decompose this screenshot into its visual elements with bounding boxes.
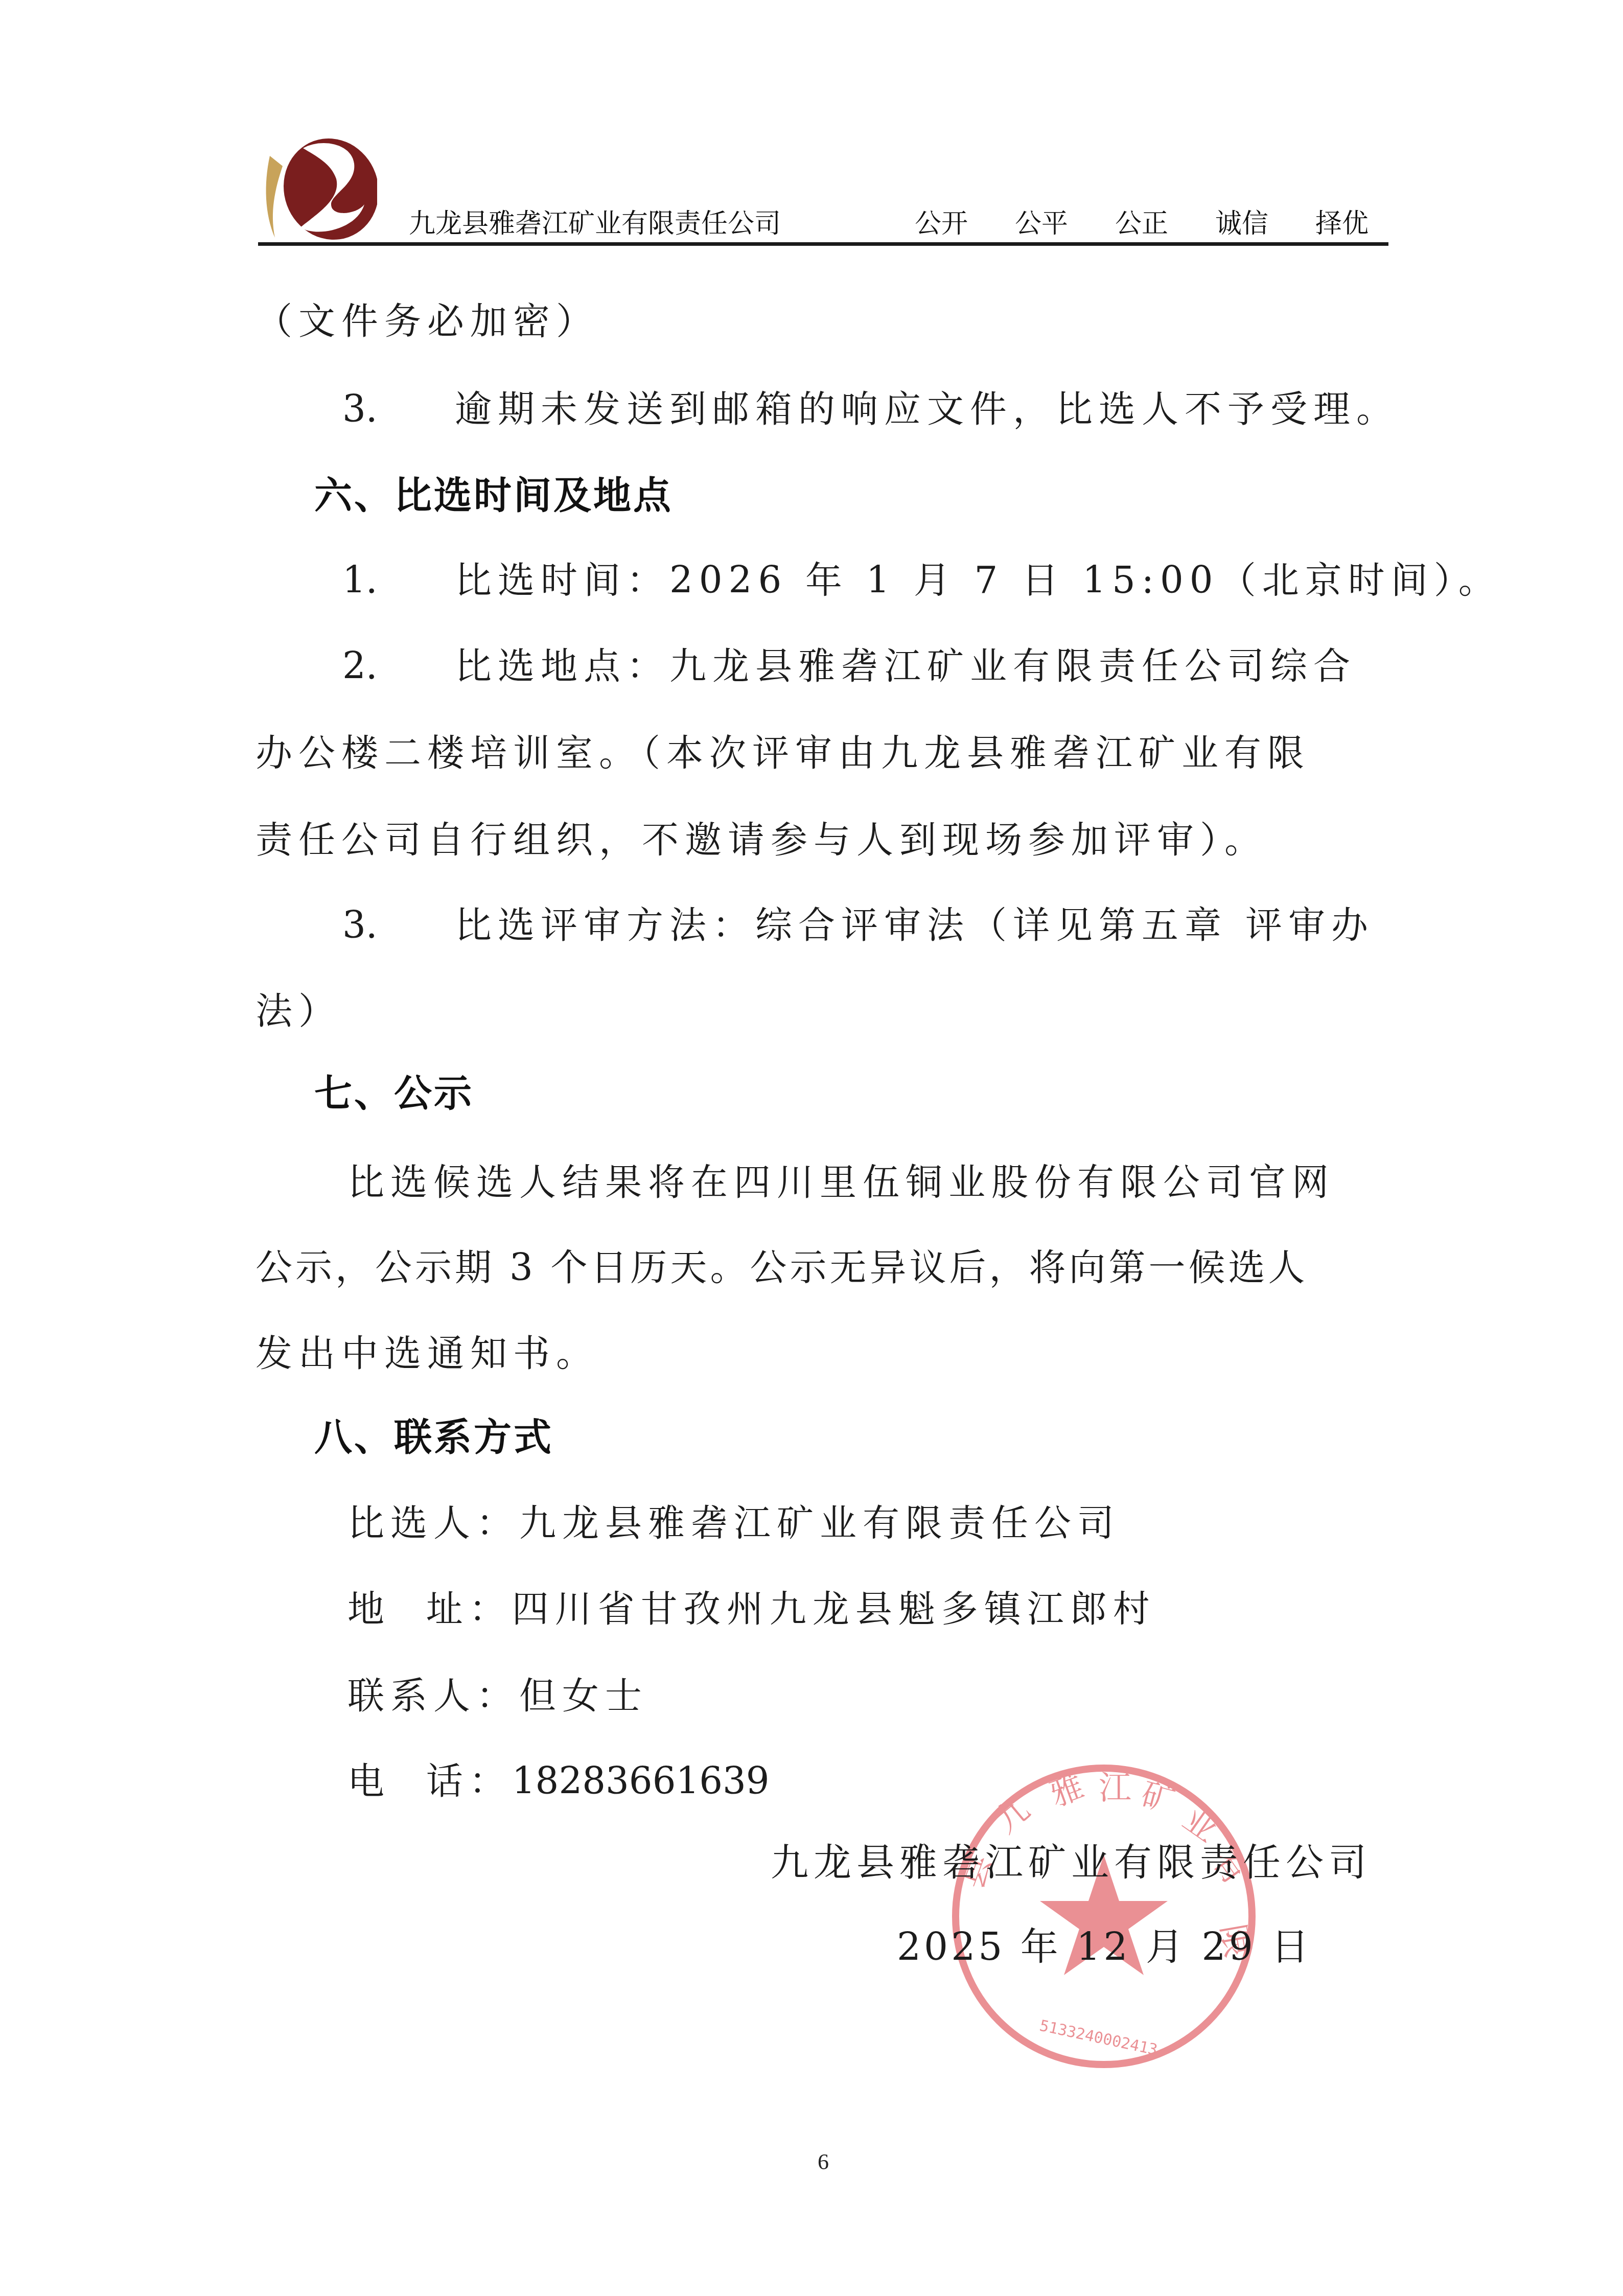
page-number: 6 <box>818 2149 829 2175</box>
letterhead-slogans: 公开 公平 公正 诚信 择优 <box>915 208 1416 239</box>
encrypt-note: （文件务必加密） <box>256 300 599 341</box>
section-title-7: 七、公示 <box>314 1073 474 1114</box>
item-text: 比选评审方法：综合评审法（详见第五章 评审办 <box>455 903 1374 946</box>
svg-text:矿: 矿 <box>1138 1775 1179 1820</box>
slogan: 公开 <box>915 208 1015 239</box>
item-text-continued: 办公楼二楼培训室。（本次评审由九龙县雅砻江矿业有限 <box>256 732 1310 773</box>
list-item: 3.逾期未发送到邮箱的响应文件，比选人不予受理。 <box>342 388 1399 429</box>
paragraph-line: 公示，公示期 3 个日历天。公示无异议后，将向第一候选人 <box>256 1247 1308 1288</box>
contact-row: 地 址：四川省甘孜州九龙县魁多镇江郎村 <box>347 1588 1156 1629</box>
list-item: 2.比选地点：九龙县雅砻江矿业有限责任公司综合 <box>342 645 1356 686</box>
contact-label: 地 址： <box>347 1587 512 1630</box>
slogan: 公平 <box>1015 208 1115 239</box>
slogan: 择优 <box>1315 208 1416 239</box>
list-item: 1.比选时间：2026 年 1 月 7 日 15:00（北京时间）。 <box>342 560 1501 600</box>
official-seal-icon: 九 雅 江 矿 业 有 县 限 5133240002413 <box>945 1758 1262 2075</box>
letterhead-company-name: 九龙县雅砻江矿业有限责任公司 <box>409 208 781 239</box>
contact-row: 电 话：18283661639 <box>347 1760 770 1801</box>
contact-value: 四川省甘孜州九龙县魁多镇江郎村 <box>512 1587 1156 1630</box>
svg-text:九: 九 <box>988 1791 1037 1841</box>
item-text-continued: 责任公司自行组织，不邀请参与人到现场参加评审）。 <box>256 819 1267 860</box>
item-number: 3. <box>342 905 455 945</box>
signature-date: 2025 年 12 月 29 日 <box>897 1927 1312 1967</box>
item-text-continued: 法） <box>256 990 341 1031</box>
svg-text:5133240002413: 5133240002413 <box>1038 2017 1159 2059</box>
item-number: 1. <box>342 560 455 600</box>
contact-value: 但女士 <box>519 1674 648 1717</box>
item-text: 逾期未发送到邮箱的响应文件，比选人不予受理。 <box>455 387 1399 430</box>
letterhead-rule <box>258 242 1388 246</box>
contact-row: 比选人：九龙县雅砻江矿业有限责任公司 <box>347 1502 1120 1543</box>
item-number: 3. <box>342 388 455 429</box>
item-text: 比选地点：九龙县雅砻江矿业有限责任公司综合 <box>455 644 1356 687</box>
slogan: 公正 <box>1115 208 1215 239</box>
item-text: 比选时间：2026 年 1 月 7 日 15:00（北京时间）。 <box>455 559 1501 601</box>
contact-row: 联系人：但女士 <box>347 1675 648 1716</box>
signature-company: 九龙县雅砻江矿业有限责任公司 <box>771 1842 1372 1883</box>
contact-label: 比选人： <box>347 1501 519 1544</box>
contact-label: 联系人： <box>347 1674 519 1717</box>
company-logo-icon <box>254 128 377 250</box>
slogan: 诚信 <box>1215 208 1315 239</box>
contact-value: 18283661639 <box>512 1759 770 1802</box>
section-title-6: 六、比选时间及地点 <box>314 475 673 516</box>
paragraph-line: 比选候选人结果将在四川里伍铜业股份有限公司官网 <box>347 1162 1335 1202</box>
svg-text:江: 江 <box>1099 1769 1131 1807</box>
contact-value: 九龙县雅砻江矿业有限责任公司 <box>519 1501 1120 1544</box>
list-item: 3.比选评审方法：综合评审法（详见第五章 评审办 <box>342 905 1374 945</box>
item-number: 2. <box>342 645 455 686</box>
section-title-8: 八、联系方式 <box>314 1417 553 1458</box>
paragraph-line: 发出中选通知书。 <box>256 1333 599 1374</box>
contact-label: 电 话： <box>347 1759 512 1802</box>
